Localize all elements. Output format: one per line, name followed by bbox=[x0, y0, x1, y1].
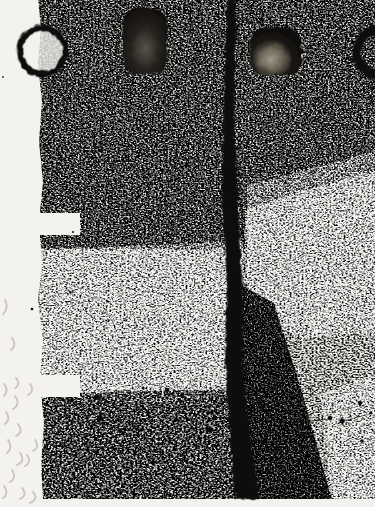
splatter-dot-10 bbox=[69, 291, 71, 293]
splatter-dot-27 bbox=[265, 409, 269, 413]
splatter-dot-32 bbox=[339, 418, 344, 423]
splatter-dot-34 bbox=[289, 424, 292, 427]
splatter-dot-20 bbox=[101, 397, 104, 400]
splatter-dot-1 bbox=[2, 76, 4, 78]
splatter-dot-4 bbox=[219, 132, 221, 134]
splatter-dot-2 bbox=[241, 69, 243, 71]
blob-mark-2 bbox=[250, 28, 301, 75]
splatter-dot-5 bbox=[231, 142, 234, 145]
splatter-dot-42 bbox=[133, 450, 137, 454]
splatter-dot-8 bbox=[72, 231, 74, 233]
splatter-dot-19 bbox=[94, 394, 99, 399]
splatter-dot-24 bbox=[358, 401, 362, 405]
splatter-dot-31 bbox=[328, 416, 333, 421]
region-bottom-left-dense bbox=[42, 389, 236, 500]
splatter-dot-6 bbox=[223, 151, 225, 153]
splatter-dot-14 bbox=[76, 331, 78, 333]
paper-notch-2 bbox=[36, 375, 80, 397]
splatter-dot-40 bbox=[59, 444, 62, 447]
splatter-dot-21 bbox=[89, 397, 91, 399]
splatter-dot-23 bbox=[78, 403, 81, 406]
splatter-dot-12 bbox=[31, 308, 34, 311]
artwork-layers bbox=[0, 0, 375, 507]
bottom-paper-margin bbox=[0, 499, 375, 507]
blob-mark-1 bbox=[123, 8, 167, 74]
splatter-dot-41 bbox=[95, 450, 99, 454]
splatter-dot-25 bbox=[246, 401, 248, 403]
splatter-dot-29 bbox=[97, 415, 103, 421]
splatter-dot-39 bbox=[360, 439, 364, 443]
artwork-image bbox=[0, 0, 375, 507]
splatter-dot-38 bbox=[207, 427, 213, 433]
splatter-dot-13 bbox=[43, 324, 45, 326]
splatter-dot-9 bbox=[111, 262, 113, 264]
ring-mark bbox=[20, 28, 65, 74]
splatter-dot-16 bbox=[165, 388, 170, 393]
artwork-figure bbox=[0, 0, 375, 507]
splatter-dot-11 bbox=[106, 300, 108, 302]
splatter-dot-33 bbox=[102, 422, 105, 425]
splatter-dot-26 bbox=[202, 409, 205, 412]
splatter-dot-7 bbox=[216, 160, 218, 162]
splatter-dot-17 bbox=[153, 390, 156, 393]
splatter-dot-3 bbox=[212, 126, 215, 129]
splatter-dot-36 bbox=[118, 429, 122, 433]
splatter-dot-30 bbox=[213, 416, 218, 421]
splatter-dot-18 bbox=[180, 393, 184, 397]
splatter-dot-43 bbox=[153, 449, 156, 452]
splatter-dot-37 bbox=[140, 429, 143, 432]
splatter-dot-35 bbox=[303, 426, 306, 429]
splatter-dot-15 bbox=[142, 387, 145, 390]
splatter-dot-28 bbox=[370, 412, 373, 415]
splatter-dot-22 bbox=[70, 398, 74, 402]
